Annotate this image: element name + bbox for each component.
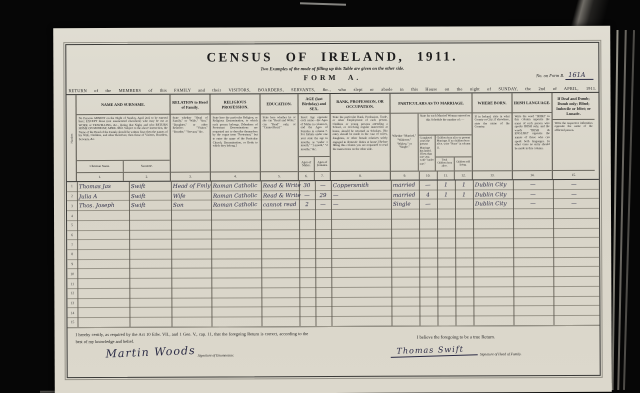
head-declaration: I believe the foregoing to be a true Ret…	[312, 326, 600, 379]
ages-females-subheader: Ages of Females.	[315, 157, 330, 171]
col-number-5: 5.	[261, 172, 298, 180]
header-education: EDUCATION. State here whether he or she …	[260, 94, 298, 180]
row-number: 4	[67, 214, 77, 218]
head-signature-label: Signature of Head of Family.	[480, 352, 522, 356]
form-border: CENSUS OF IRELAND, 1911. Two Examples of…	[65, 42, 600, 378]
infirmity-header-label: If Deaf and Dumb; Dumb only; Blind; Imbe…	[552, 93, 594, 120]
name-header-label: NAME AND SURNAME.	[76, 95, 169, 115]
header-relation: RELATION to Head of Family. State whethe…	[170, 95, 210, 181]
form-b-label: No. on Form B.	[536, 73, 564, 78]
header-age: AGE (last Birthday) and SEX. Insert Age …	[298, 94, 330, 180]
header-where-born: WHERE BORN. If in Ireland, state in what…	[472, 93, 512, 179]
header-number-col: Number.	[66, 95, 76, 181]
where-born-header-label: WHERE BORN.	[472, 93, 511, 113]
form-a-label: FORM A.	[66, 72, 598, 83]
row-number: 14	[67, 311, 77, 315]
col-number-8: 8.	[331, 172, 390, 180]
header-infirmity: If Deaf and Dumb; Dumb only; Blind; Imbe…	[552, 93, 594, 179]
scanned-census-page: CENSUS OF IRELAND, 1911. Two Examples of…	[0, 0, 640, 393]
children-living-subheader: Children still living.	[454, 157, 472, 170]
infirmity-header-note: Write the respective infirmities opposit…	[553, 120, 595, 170]
col-number-4: 4.	[211, 172, 260, 180]
col-number-14: 14.	[513, 171, 552, 179]
col-number-12: 12.	[455, 171, 472, 179]
row-number: 9	[67, 262, 77, 266]
col-number-3: 3.	[171, 173, 210, 181]
row-number: 5	[67, 223, 77, 227]
ages-males-subheader: Ages of Males.	[299, 157, 315, 171]
col-number-9: 9.	[391, 172, 420, 180]
header-occupation: RANK, PROFESSION, OR OCCUPATION. State t…	[330, 94, 390, 180]
where-born-header-note: If in Ireland, state in what County or C…	[473, 113, 512, 170]
header-marriage: PARTICULARS AS TO MARRIAGE. Whether "Mar…	[390, 93, 472, 179]
col-number-15: 15.	[553, 171, 595, 179]
irish-header-note: Write the word "IRISH" in this column op…	[513, 113, 552, 170]
years-married-subheader: Completed years the present Marriage has…	[419, 136, 436, 171]
col-number-1: 1.	[77, 173, 124, 181]
header-name: NAME AND SURNAME. No Persons ABSENT on t…	[76, 95, 170, 181]
head-of-family-signature: Thomas Swift	[390, 345, 478, 358]
total-children-subheader: Total Children born alive.	[436, 157, 455, 170]
page-title: CENSUS OF IRELAND, 1911.	[66, 48, 598, 66]
row-number: 7	[67, 243, 77, 247]
enumerator-certification: I hereby certify, as required by the Act…	[68, 327, 313, 380]
surname-subheader: Surname.	[124, 161, 170, 172]
col-number-13: 13.	[473, 171, 512, 179]
marriage-header-label: PARTICULARS AS TO MARRIAGE.	[390, 93, 471, 113]
number-col-label: Number.	[69, 133, 73, 143]
age-header-label: AGE (last Birthday) and SEX.	[298, 94, 329, 114]
row-number: 2	[67, 194, 77, 198]
col-number-7: 7.	[315, 172, 330, 180]
education-header-note: State here whether he or she can "Read a…	[261, 114, 298, 171]
table-header: Number. NAME AND SURNAME. No Persons ABS…	[66, 92, 598, 182]
age-header-note: Insert Age opposite each name—the Ages o…	[299, 114, 330, 156]
education-header-label: EDUCATION.	[260, 94, 297, 114]
col-number-11: 11.	[438, 171, 456, 179]
religion-header-note: State here the particular Religion, or R…	[211, 114, 260, 171]
marital-status-subheader: Whether "Married," "Widower," "Widow," o…	[391, 114, 419, 171]
religion-header-label: RELIGIOUS PROFESSION.	[210, 94, 259, 114]
irish-header-label: IRISH LANGUAGE.	[512, 93, 551, 113]
relation-header-note: State whether "Head of Family," or "Wife…	[171, 115, 210, 172]
table-body: 1 2 3 4 5 6 7 8 9 10 11 12 13 14 15 Thom…	[67, 180, 600, 328]
title-block: CENSUS OF IRELAND, 1911. Two Examples of…	[66, 48, 598, 94]
row-number: 1	[67, 184, 77, 188]
page-subtitle: Two Examples of the mode of filling up t…	[66, 65, 598, 72]
relation-header-label: RELATION to Head of Family.	[170, 95, 209, 115]
form-b-handwritten-value: 161A	[565, 71, 593, 80]
enumerator-signature: Martin Woods	[105, 345, 195, 360]
census-form-paper: CENSUS OF IRELAND, 1911. Two Examples of…	[53, 26, 612, 393]
name-header-note: No Persons ABSENT on the Night of Sunday…	[77, 115, 170, 160]
certification-section: I hereby certify, as required by the Act…	[68, 326, 600, 380]
row-number: 10	[67, 272, 77, 276]
row-number: 8	[67, 253, 77, 257]
return-statement: RETURN of the MEMBERS of this FAMILY and…	[68, 86, 596, 93]
enumerator-signature-label: Signature of Enumerator.	[198, 354, 234, 358]
married-woman-note: State for each Married Woman entered on …	[419, 113, 472, 135]
occupation-header-note: State the particular Rank, Profession, T…	[331, 114, 390, 171]
christian-name-subheader: Christian Name.	[77, 161, 124, 172]
occupation-header-label: RANK, PROFESSION, OR OCCUPATION.	[330, 94, 389, 114]
declaration-text: I believe the foregoing to be a true Ret…	[312, 334, 599, 340]
row-number: 13	[67, 301, 77, 305]
children-born-note: Children born alive to present Marriage.…	[436, 135, 472, 156]
row-number: 11	[67, 282, 77, 286]
col-number-10: 10.	[420, 172, 438, 180]
scan-streak-artifact	[300, 2, 346, 6]
row-number: 15	[67, 321, 77, 325]
header-religion: RELIGIOUS PROFESSION. State here the par…	[210, 94, 260, 180]
row-number: 6	[67, 233, 77, 237]
row-number: 12	[67, 291, 77, 295]
form-b-number: No. on Form B. 161A	[536, 71, 593, 79]
col-number-6: 6.	[299, 172, 315, 180]
row-number: 3	[67, 204, 77, 208]
col-number-2: 2.	[124, 173, 170, 181]
header-irish-language: IRISH LANGUAGE. Write the word "IRISH" i…	[512, 93, 552, 179]
